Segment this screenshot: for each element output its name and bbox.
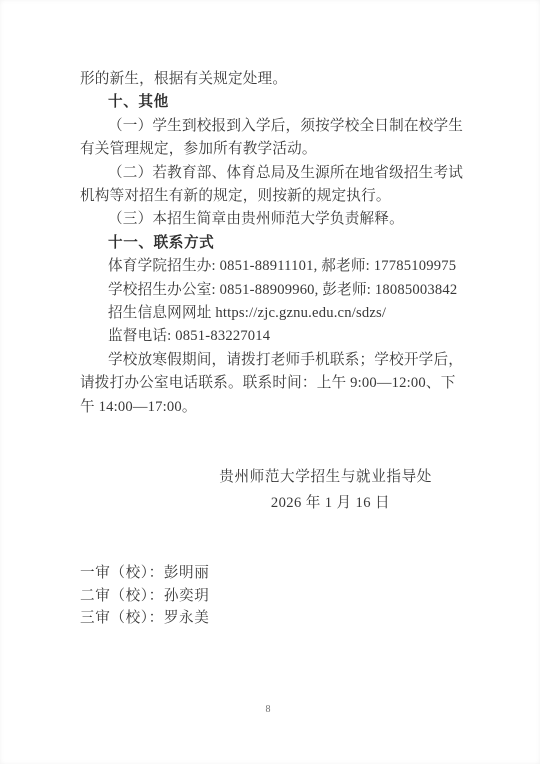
contact-line-admissions-office: 学校招生办公室: 0851-88909960, 彭老师: 18085003842 xyxy=(80,279,460,302)
body-line: 午 14:00—17:00。 xyxy=(80,396,460,419)
signature-date: 2026 年 1 月 16 日 xyxy=(0,490,540,516)
body-line: 机构等对招生有新的规定，则按新的规定执行。 xyxy=(80,185,460,208)
section-heading-contact: 十一、联系方式 xyxy=(80,232,460,255)
page-number: 8 xyxy=(0,704,536,715)
document-page: 形的新生，根据有关规定处理。 十、其他 （一）学生到校报到入学后，须按学校全日制… xyxy=(0,0,540,764)
body-line: 请拨打办公室电话联系。联系时间：上午 9:00—12:00、下 xyxy=(80,372,460,395)
contact-line-website: 招生信息网网址 https://zjc.gznu.edu.cn/sdzs/ xyxy=(80,302,460,325)
contact-line-supervision-phone: 监督电话: 0851-83227014 xyxy=(80,325,460,348)
section-heading-ten: 十、其他 xyxy=(80,91,460,114)
review-line-second: 二审（校）：孙奕玥 xyxy=(80,585,209,608)
body-line: （一）学生到校报到入学后，须按学校全日制在校学生 xyxy=(80,115,460,138)
body-line: 有关管理规定，参加所有教学活动。 xyxy=(80,138,460,161)
signature-block: 贵州师范大学招生与就业指导处 2026 年 1 月 16 日 xyxy=(0,464,540,516)
review-line-third: 三审（校）：罗永美 xyxy=(80,607,209,630)
document-body: 形的新生，根据有关规定处理。 十、其他 （一）学生到校报到入学后，须按学校全日制… xyxy=(80,68,460,419)
contact-line-sports-office: 体育学院招生办: 0851-88911101, 郝老师: 17785109975 xyxy=(80,255,460,278)
body-line: 学校放寒假期间，请拨打老师手机联系；学校开学后， xyxy=(80,349,460,372)
review-line-first: 一审（校）：彭明丽 xyxy=(80,562,209,585)
review-block: 一审（校）：彭明丽 二审（校）：孙奕玥 三审（校）：罗永美 xyxy=(80,562,209,630)
signature-issuer: 贵州师范大学招生与就业指导处 xyxy=(0,464,540,490)
body-line: （三）本招生简章由贵州师范大学负责解释。 xyxy=(80,208,460,231)
body-line: 形的新生，根据有关规定处理。 xyxy=(80,68,460,91)
body-line: （二）若教育部、体育总局及生源所在地省级招生考试 xyxy=(80,162,460,185)
